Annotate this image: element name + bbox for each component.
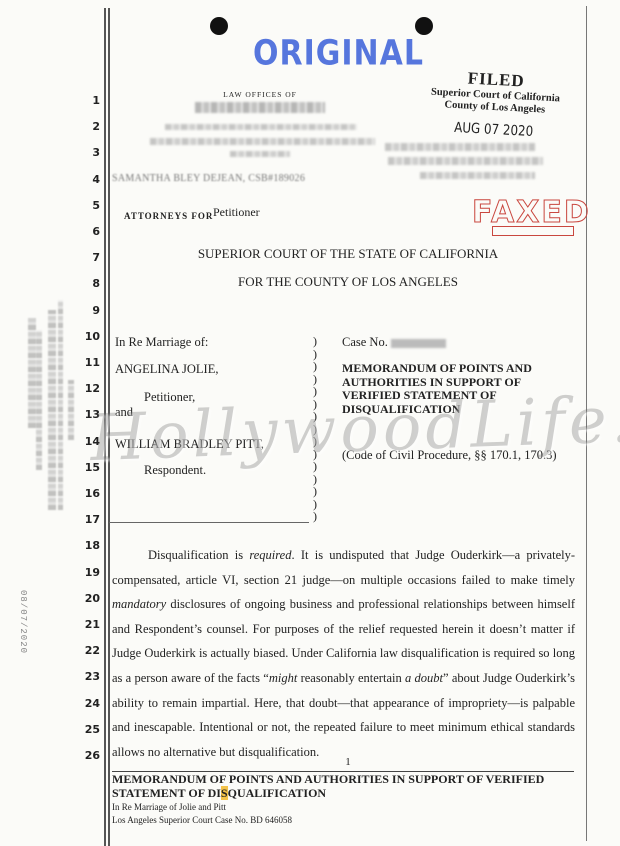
- law-offices-label: LAW OFFICES OF: [190, 90, 330, 99]
- line-number: 7: [84, 251, 100, 264]
- body-paragraph: Disqualification is required. It is undi…: [112, 543, 575, 764]
- line-number: 4: [84, 173, 100, 186]
- line-number: 11: [84, 356, 100, 369]
- attorneys-for-label: ATTORNEYS FOR: [124, 211, 213, 221]
- original-stamp: ORIGINAL: [253, 33, 424, 73]
- line-number: 3: [84, 146, 100, 159]
- line-number: 8: [84, 277, 100, 290]
- line-number: 20: [84, 592, 100, 605]
- case-no-text: Case No.: [342, 335, 388, 349]
- court-name: SUPERIOR COURT OF THE STATE OF CALIFORNI…: [110, 246, 586, 262]
- line-number: 24: [84, 697, 100, 710]
- binder-hole-left: [210, 17, 228, 35]
- line-number: 6: [84, 225, 100, 238]
- line-number: 1: [84, 94, 100, 107]
- redacted-fax-header: [48, 310, 56, 510]
- redacted-fax-header: [36, 330, 42, 470]
- footer-case-number: Los Angeles Superior Court Case No. BD 6…: [112, 815, 292, 825]
- line-number: 17: [84, 513, 100, 526]
- redacted-clerk-info: [388, 157, 543, 165]
- redacted-fax-header: [28, 318, 36, 428]
- page-number: 1: [110, 756, 586, 768]
- attorneys-for-party: Petitioner: [213, 205, 260, 220]
- side-fax-date: 08/07/2020: [18, 590, 28, 654]
- line-number: 2: [84, 120, 100, 133]
- redacted-firm-address: [165, 124, 357, 130]
- line-number: 9: [84, 304, 100, 317]
- footer-title: MEMORANDUM OF POINTS AND AUTHORITIES IN …: [112, 772, 582, 800]
- faxed-stamp-bar: [492, 226, 574, 236]
- filed-stamp: FILED Superior Court of California Count…: [398, 65, 591, 143]
- redacted-fax-header: [58, 300, 63, 510]
- redacted-firm-phone: [230, 151, 290, 157]
- footer-case-caption: In Re Marriage of Jolie and Pitt: [112, 802, 226, 812]
- redacted-firm-address: [150, 138, 375, 145]
- petitioner-name: ANGELINA JOLIE,: [115, 362, 218, 377]
- binder-hole-right: [415, 17, 433, 35]
- redacted-case-number: [391, 339, 446, 348]
- line-number: 16: [84, 487, 100, 500]
- redacted-clerk-info: [385, 143, 535, 151]
- line-number: 10: [84, 330, 100, 343]
- line-number: 22: [84, 644, 100, 657]
- in-re-label: In Re Marriage of:: [115, 335, 208, 350]
- line-number: 23: [84, 670, 100, 683]
- line-number: 18: [84, 539, 100, 552]
- court-county: FOR THE COUNTY OF LOS ANGELES: [110, 274, 586, 290]
- redacted-firm-name: [195, 102, 325, 113]
- attorney-name: SAMANTHA BLEY DEJEAN, CSB#189026: [112, 173, 305, 184]
- line-number: 21: [84, 618, 100, 631]
- memorandum-body: Disqualification is required. It is undi…: [112, 543, 575, 764]
- line-number: 25: [84, 723, 100, 736]
- highlight-mark: S: [221, 786, 228, 800]
- caption-rule: [109, 522, 309, 523]
- line-number: 12: [84, 382, 100, 395]
- redacted-fax-header: [68, 380, 74, 440]
- case-number-label: Case No.: [342, 335, 446, 350]
- line-number: 26: [84, 749, 100, 762]
- line-number: 19: [84, 566, 100, 579]
- filed-date: AUG 07 2020: [413, 118, 575, 142]
- redacted-clerk-info: [420, 172, 535, 179]
- line-number: 5: [84, 199, 100, 212]
